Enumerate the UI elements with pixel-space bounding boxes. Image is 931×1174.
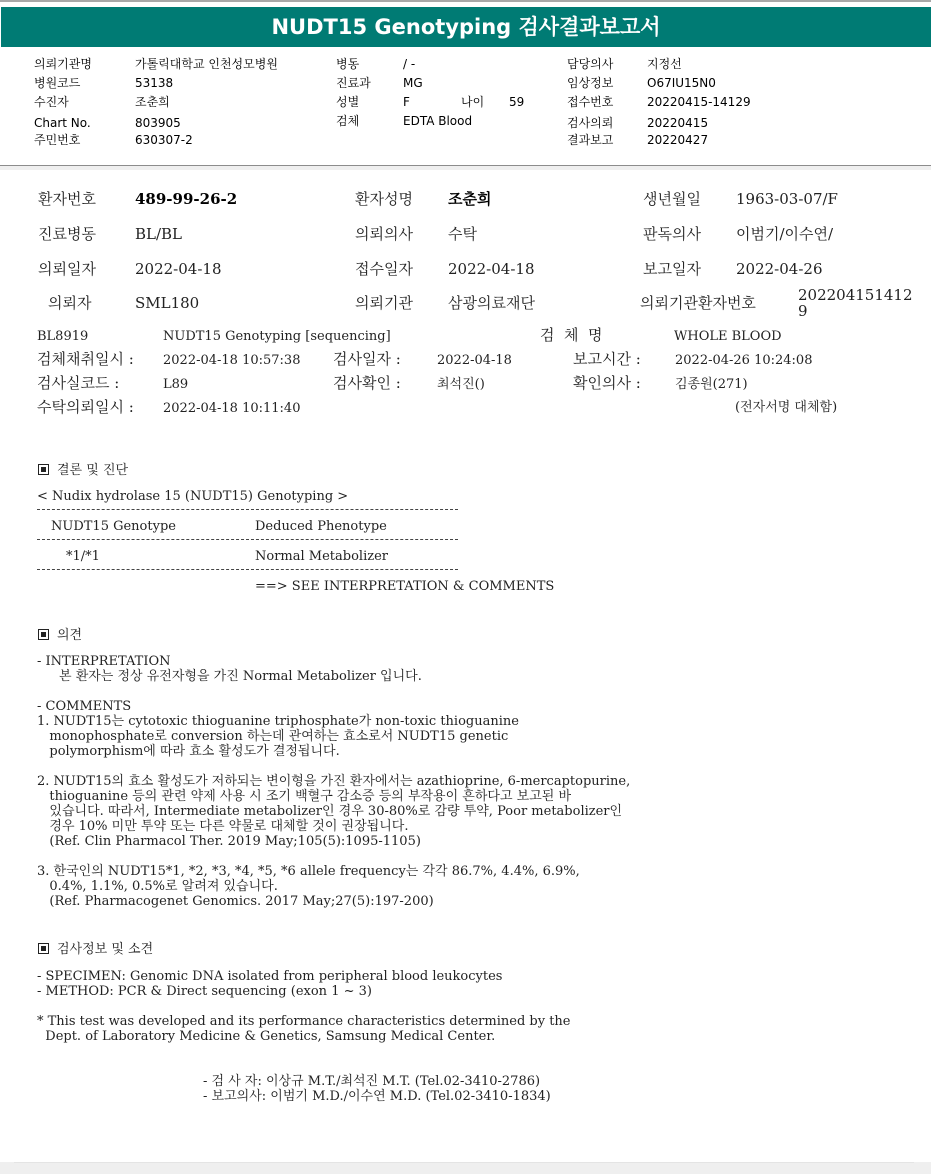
- comment-line: 0.4%, 1.1%, 0.5%로 알려져 있습니다.: [37, 879, 278, 894]
- header-label: 담당의사: [567, 57, 613, 71]
- comment-line: 1. NUDT15는 cytotoxic thioguanine triphos…: [37, 714, 519, 729]
- header-label: 의뢰기관명: [34, 57, 92, 71]
- header-label: 성별: [336, 95, 359, 109]
- header-value: F: [403, 95, 410, 109]
- comment-line: (Ref. Clin Pharmacol Ther. 2019 May;105(…: [37, 834, 421, 849]
- note-line: Dept. of Laboratory Medicine & Genetics,…: [37, 1029, 495, 1044]
- comment-line: 3. 한국인의 NUDT15*1, *2, *3, *4, *5, *6 all…: [37, 864, 580, 879]
- patient-label: 환자번호: [38, 190, 96, 208]
- see-comments: ==> SEE INTERPRETATION & COMMENTS: [255, 579, 554, 594]
- patient-label: 의뢰자: [48, 294, 91, 312]
- section-title: 검사정보 및 소견: [57, 942, 153, 957]
- labcode-label: 검사실코드 :: [37, 376, 119, 391]
- opinion-heading: 의견: [38, 624, 82, 643]
- patient-name: 조춘희: [448, 190, 491, 208]
- interpretation-label: - INTERPRETATION: [37, 654, 171, 669]
- header-label: Chart No.: [34, 116, 91, 130]
- header-value: 20220415-14129: [647, 95, 751, 109]
- header-label: 병원코드: [34, 76, 80, 90]
- header-label: 임상정보: [567, 76, 613, 90]
- genotype-header: NUDT15 Genotype: [51, 519, 176, 534]
- conclusion-heading: 결론 및 진단: [38, 459, 128, 478]
- header-value: 지정선: [647, 57, 682, 71]
- confirm-label: 검사확인 :: [333, 376, 401, 391]
- testdate-label: 검사일자 :: [333, 352, 401, 367]
- age-value: 59: [509, 95, 524, 109]
- patient-label: 생년월일: [643, 190, 701, 208]
- esign-note: (전자서명 대체함): [735, 400, 837, 415]
- interpretation-text: 본 환자는 정상 유전자형을 가진 Normal Metabolizer 입니다…: [59, 669, 422, 684]
- reporter-signature: - 보고의사: 이범기 M.D./이수연 M.D. (Tel.02-3410-1…: [203, 1089, 551, 1104]
- comment-line: (Ref. Pharmacogenet Genomics. 2017 May;2…: [37, 894, 434, 909]
- header-value: 20220427: [647, 133, 708, 147]
- patient-value-cont: 9: [798, 302, 808, 320]
- dashed-divider: [37, 569, 458, 570]
- labcode-value: L89: [163, 377, 188, 392]
- phenotype-value: Normal Metabolizer: [255, 549, 388, 564]
- patient-number: 489-99-26-2: [135, 190, 237, 208]
- patient-label: 판독의사: [643, 225, 701, 243]
- header-value: EDTA Blood: [403, 114, 472, 128]
- patient-label: 환자성명: [355, 190, 413, 208]
- consign-value: 2022-04-18 10:11:40: [163, 401, 300, 416]
- comment-line: monophosphate로 conversion 하는데 관여하는 효소로서 …: [37, 729, 508, 744]
- patient-label: 접수일자: [355, 260, 413, 278]
- header-label: 결과보고: [567, 133, 613, 147]
- patient-value: 1963-03-07/F: [736, 190, 838, 208]
- comments-label: - COMMENTS: [37, 699, 131, 714]
- confirmdoc-value: 김종원(271): [675, 377, 748, 392]
- patient-value: 이범기/이수연/: [736, 225, 833, 243]
- test-name: NUDT15 Genotyping [sequencing]: [163, 329, 391, 344]
- patient-label: 의뢰기관환자번호: [640, 294, 756, 312]
- dashed-divider: [37, 509, 458, 510]
- comment-line: 있습니다. 따라서, Intermediate metabolizer인 경우 …: [37, 804, 622, 819]
- phenotype-header: Deduced Phenotype: [255, 519, 387, 534]
- section-title: 의견: [57, 628, 82, 643]
- patient-label: 의뢰일자: [38, 260, 96, 278]
- header-value: MG: [403, 76, 423, 90]
- reporttime-value: 2022-04-26 10:24:08: [675, 353, 812, 368]
- patient-value: 2022-04-18: [135, 260, 221, 278]
- header-label: 주민번호: [34, 133, 80, 147]
- patient-label: 진료병동: [38, 225, 96, 243]
- square-bullet-icon: [38, 464, 49, 475]
- testinfo-heading: 검사정보 및 소견: [38, 938, 153, 957]
- header-label: 수진자: [34, 95, 69, 109]
- patient-value: 수탁: [448, 225, 477, 243]
- consign-label: 수탁의뢰일시 :: [37, 400, 134, 415]
- patient-value: 삼광의료재단: [448, 294, 535, 312]
- header-label: 접수번호: [567, 95, 613, 109]
- genotype-value: *1/*1: [66, 549, 100, 564]
- report-title: NUDT15 Genotyping 검사결과보고서: [1, 7, 931, 47]
- comment-line: 경우 10% 미만 투약 또는 다른 약물로 대체할 것이 권장됩니다.: [37, 819, 408, 834]
- age-label: 나이: [461, 95, 484, 109]
- testdate-value: 2022-04-18: [437, 353, 512, 368]
- note-line: * This test was developed and its perfor…: [37, 1014, 571, 1029]
- patient-label: 의뢰기관: [355, 294, 413, 312]
- header-value: 20220415: [647, 116, 708, 130]
- comment-line: 2. NUDT15의 효소 활성도가 저하되는 변이형을 가진 환자에서는 az…: [37, 774, 630, 789]
- specimen-line: - SPECIMEN: Genomic DNA isolated from pe…: [37, 969, 502, 984]
- dashed-divider: [37, 539, 458, 540]
- patient-label: 보고일자: [643, 260, 701, 278]
- square-bullet-icon: [38, 943, 49, 954]
- header-label: 검사의뢰: [567, 116, 613, 130]
- header-value: 가톨릭대학교 인천성모병원: [135, 57, 278, 71]
- patient-value: 202204151412: [798, 286, 913, 304]
- square-bullet-icon: [38, 629, 49, 640]
- tester-signature: - 검 사 자: 이상규 M.T./최석진 M.T. (Tel.02-3410-…: [203, 1074, 540, 1089]
- specimen-label: 검 체 명: [540, 328, 603, 343]
- divider-shadow: [0, 166, 931, 170]
- specimen-value: WHOLE BLOOD: [674, 329, 782, 344]
- header-label: 검체: [336, 114, 359, 128]
- comment-line: polymorphism에 따라 효소 활성도가 결정됩니다.: [37, 744, 340, 759]
- method-line: - METHOD: PCR & Direct sequencing (exon …: [37, 984, 372, 999]
- header-value: O67IU15N0: [647, 76, 716, 90]
- patient-value: SML180: [135, 294, 199, 312]
- header-value: 803905: [135, 116, 181, 130]
- confirm-value: 최석진(): [437, 377, 485, 392]
- header-value: 조춘희: [135, 95, 170, 109]
- confirmdoc-label: 확인의사 :: [573, 376, 641, 391]
- bottom-border: [0, 1162, 931, 1174]
- collect-label: 검체채취일시 :: [37, 352, 134, 367]
- top-border: [0, 0, 931, 2]
- test-code: BL8919: [37, 329, 88, 344]
- header-label: 병동: [336, 57, 359, 71]
- patient-value: 2022-04-26: [736, 260, 822, 278]
- collect-value: 2022-04-18 10:57:38: [163, 353, 300, 368]
- section-title: 결론 및 진단: [57, 463, 128, 478]
- header-value: 53138: [135, 76, 173, 90]
- patient-value: 2022-04-18: [448, 260, 534, 278]
- patient-value: BL/BL: [135, 225, 182, 243]
- header-value: / -: [403, 57, 415, 71]
- header-label: 진료과: [336, 76, 371, 90]
- reporttime-label: 보고시간 :: [573, 352, 641, 367]
- conclusion-subtitle: < Nudix hydrolase 15 (NUDT15) Genotyping…: [37, 489, 348, 504]
- patient-label: 의뢰의사: [355, 225, 413, 243]
- header-value: 630307-2: [135, 133, 193, 147]
- comment-line: thioguanine 등의 관련 약제 사용 시 조기 백혈구 감소증 등의 …: [37, 789, 571, 804]
